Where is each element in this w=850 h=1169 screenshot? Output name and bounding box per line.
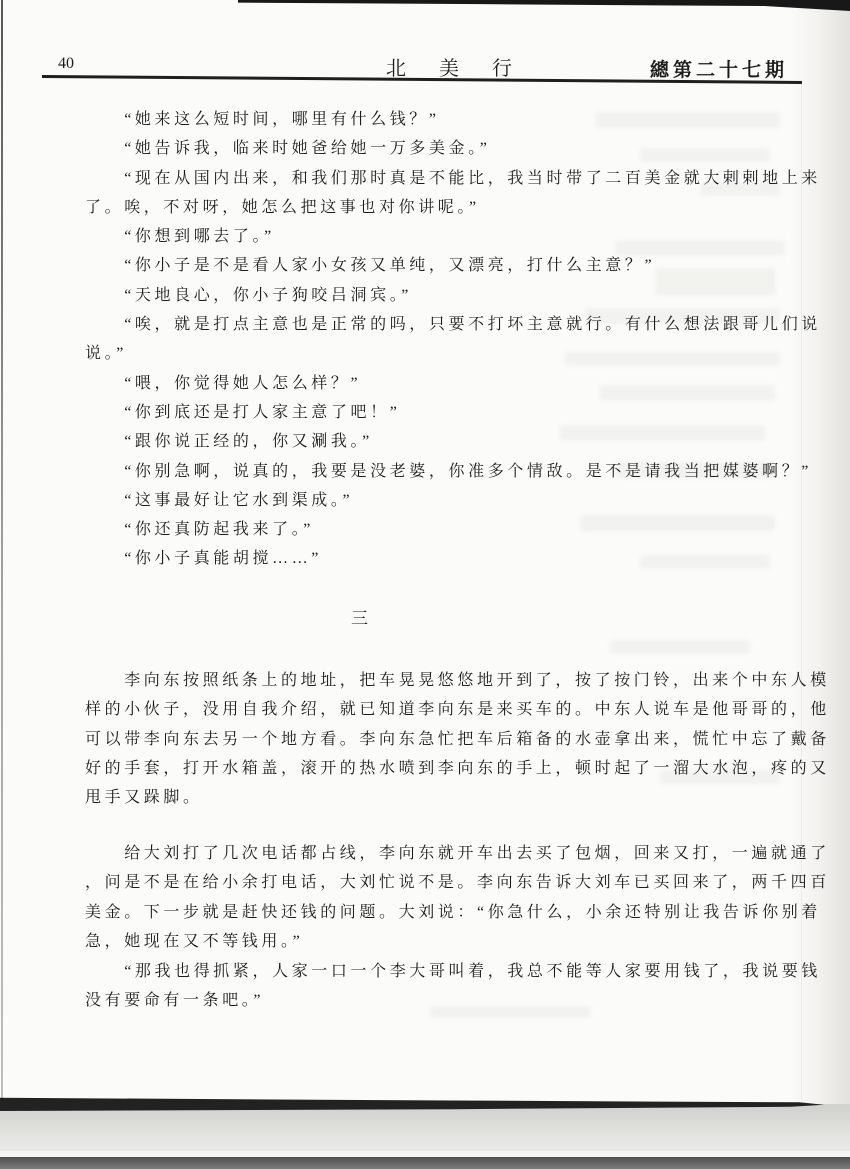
text-line: “天地良心，你小子狗咬吕洞宾。” [85,281,775,310]
scanned-magazine-page: 40 北 美 行 總第二十七期 “她来这么短时间，哪里有什么钱？” “她告诉我，… [0,0,850,1169]
text-line: 样的小伙子，没用自我介绍，就已知道李向东是来买车的。中东人说车是他哥哥的，他 [85,695,775,724]
paragraph: “那我也得抓紧，人家一口一个李大哥叫着，我总不能等人家要用钱了，我说要钱 没有要… [85,957,775,1016]
scan-top-edge-strip [238,0,850,11]
page-fold-line [801,80,802,1100]
text-line: 了。唉，不对呀，她怎么把这事也对你讲呢。” [85,193,775,222]
text-line: 没有要命有一条吧。” [85,986,775,1015]
text-line: “你还真防起我来了。” [85,515,775,544]
text-line: 好的手套，打开水箱盖，滚开的热水喷到李向东的手上，顿时起了一溜大水泡，疼的又 [85,754,775,783]
scan-bottom-edge-strip [0,1157,850,1169]
text-line: “你到底还是打人家主意了吧！” [85,398,775,427]
text-line: 急，她现在又不等钱用。” [85,927,775,956]
page-number: 40 [58,55,74,73]
text-line: 说。” [85,339,775,368]
paragraph: 给大刘打了几次电话都占线，李向东就开车出去买了包烟，回来又打，一遍就通了 ，问是… [85,839,775,956]
text-line: “她来这么短时间，哪里有什么钱？” [85,105,775,134]
text-line: “你别急啊，说真的，我要是没老婆，你准多个情敌。是不是请我当把媒婆啊？” [85,457,775,486]
text-line: “现在从国内出来，和我们那时真是不能比，我当时带了二百美金就大剌剌地上来 [85,164,775,193]
text-line: ，问是不是在给小余打电话，大刘忙说不是。李向东告诉大刘车已买回来了，两千四百 [85,868,775,897]
text-line: 给大刘打了几次电话都占线，李向东就开车出去买了包烟，回来又打，一遍就通了 [85,839,775,868]
dialogue-block: “她来这么短时间，哪里有什么钱？” “她告诉我，临来时她爸给她一万多美金。” “… [85,105,775,574]
text-line: 李向东按照纸条上的地址，把车晃晃悠悠地开到了，按了按门铃，出来个中东人模 [85,666,775,695]
text-line: “你想到哪去了。” [85,222,775,251]
text-line: “跟你说正经的，你又涮我。” [85,427,775,456]
page-left-edge-line [1,0,3,1108]
section-heading: 三 [351,604,370,629]
text-line: “你小子是不是看人家小女孩又单纯，又漂亮，打什么主意？” [85,251,775,280]
text-line: 甩手又跺脚。 [85,783,775,812]
issue-number: 總第二十七期 [650,55,788,82]
journal-title: 北 美 行 [386,52,519,81]
text-line: “这事最好让它水到渠成。” [85,486,775,515]
text-line: 美金。下一步就是赶快还钱的问题。大刘说：“你急什么，小余还特别让我告诉你别着 [85,898,775,927]
text-line: “喂，你觉得她人怎么样？” [85,369,775,398]
text-line: “那我也得抓紧，人家一口一个李大哥叫着，我总不能等人家要用钱了，我说要钱 [85,957,775,986]
text-line: “你小子真能胡搅……” [85,544,775,573]
text-line: “唉，就是打点主意也是正常的吗，只要不打坏主意就行。有什么想法跟哥儿们说 [85,310,775,339]
ink-bleed-smudge [610,640,750,654]
text-line: 可以带李向东去另一个地方看。李向东急忙把车后箱备的水壶拿出来，慌忙中忘了戴备 [85,725,775,754]
paragraph: 李向东按照纸条上的地址，把车晃晃悠悠地开到了，按了按门铃，出来个中东人模 样的小… [85,666,775,812]
text-line: “她告诉我，临来时她爸给她一万多美金。” [85,134,775,163]
